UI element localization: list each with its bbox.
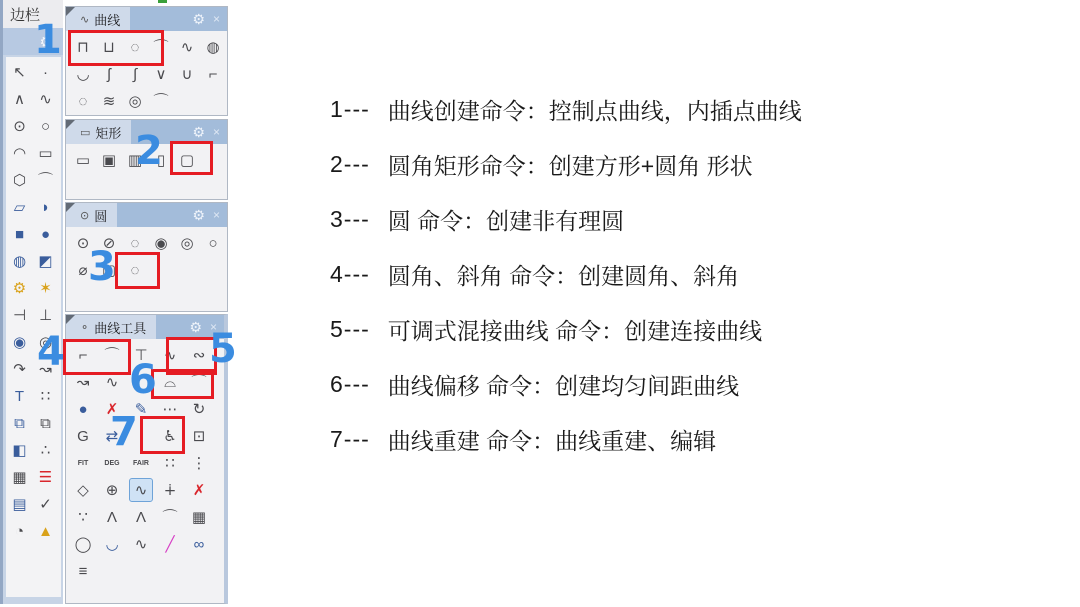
glyph: ∨ (156, 67, 167, 82)
glyph: ⊙ (13, 119, 26, 134)
highlight-box-7 (140, 416, 185, 454)
annotation-number-2: 2 (135, 131, 163, 171)
glyph: ∿ (106, 375, 119, 390)
linear-array-icon[interactable]: ☰ (34, 465, 58, 489)
glyph: ◉ (154, 236, 167, 251)
copy-objects-icon[interactable]: ⧉ (34, 411, 58, 435)
glyph: ☰ (39, 470, 52, 485)
annotation-number-1: 1 (34, 20, 62, 60)
surface-from-points-icon[interactable]: ▱ (8, 195, 32, 219)
boolean-union-icon[interactable]: ◉ (8, 330, 32, 354)
glyph: ↖ (13, 65, 26, 80)
arc-icon[interactable]: ◠ (8, 141, 32, 165)
glyph: ⊕ (106, 483, 119, 498)
glyph: Λ (107, 510, 117, 525)
glyph: ● (41, 227, 50, 242)
curve-deviation-icon[interactable]: ≡ (71, 559, 95, 583)
empty-slot (100, 559, 124, 583)
select-pointer-icon[interactable]: ↖ (8, 60, 32, 84)
text-object-icon[interactable]: T (8, 384, 32, 408)
glyph: ● (78, 402, 87, 417)
sketch-curve-pair-icon[interactable]: ∿ (175, 35, 199, 59)
glyph: ▦ (192, 510, 206, 525)
empty-slot (175, 89, 199, 113)
curve-network-icon[interactable]: ▦ (187, 505, 211, 529)
glyph: T (15, 389, 24, 404)
glyph: ◡ (76, 67, 89, 82)
glyph: ○ (41, 119, 50, 134)
glyph: ▱ (14, 200, 26, 215)
glyph: ◡ (105, 537, 118, 552)
empty-slot (175, 258, 199, 282)
glyph: ⊣ (13, 308, 26, 323)
curve-edit-tools-icon[interactable]: ∿ (129, 478, 153, 502)
legend-text: 曲线重建 命令：曲线重建、编辑 (388, 423, 716, 456)
circle-tab-icon: ⊙ (80, 209, 89, 222)
glyph: ⌐ (209, 67, 218, 82)
highlight-box-1 (68, 30, 164, 66)
glyph: ≡ (79, 564, 88, 579)
glyph: ∔ (164, 483, 177, 498)
smooth-curve-icon[interactable]: ● (71, 397, 95, 421)
close-icon[interactable]: × (213, 12, 220, 26)
polygon-icon[interactable]: ⬡ (8, 168, 32, 192)
insert-control-point-icon[interactable]: ∔ (158, 478, 182, 502)
legend-text: 可调式混接曲线 命令：创建连接曲线 (388, 313, 762, 346)
panel-title: 矩形 (95, 123, 121, 142)
sidebar-panel: 边栏 ⚙ ↖·∧∿⊙○◠▭⬡⌒▱◗■●◍◩⚙✶⊣⊥◉◎↷↝T∷⧉⧉◧∴▦☰▤✓◔… (0, 0, 63, 604)
insert-knot-icon[interactable]: ⋮ (187, 451, 211, 475)
glyph: ╱ (165, 537, 174, 552)
glyph: ⋮ (192, 456, 207, 471)
empty-slot (158, 559, 182, 583)
faint-arc-pair-icon[interactable]: ⌒ (158, 505, 182, 529)
gears-icon[interactable]: ⚙ (8, 276, 32, 300)
glyph: ⬡ (13, 173, 26, 188)
panel-curve-tools-tab[interactable]: ⚬ 曲线工具 (66, 315, 156, 339)
glyph: ▦ (12, 470, 26, 485)
legend-line-2: 2---圆角矩形命令：创建方形+圆角 形状 (330, 137, 890, 192)
sketch-dashed-curve-icon[interactable]: ◌ (71, 89, 95, 113)
empty-slot (201, 258, 225, 282)
polyline-icon[interactable]: ∧ (8, 87, 32, 111)
glyph: ∴ (41, 443, 51, 458)
panel-rectangle-tab[interactable]: ▭ 矩形 (66, 120, 131, 144)
legend-number: 4--- (330, 261, 370, 288)
legend-line-4: 4---圆角、斜角 命令：创建圆角、斜角 (330, 247, 890, 302)
block-instance-icon[interactable]: ⧉ (8, 411, 32, 435)
glyph: ⧉ (14, 416, 25, 431)
glyph: ▣ (102, 153, 116, 168)
ellipse-icon[interactable]: ○ (34, 114, 58, 138)
extract-wireframe-icon[interactable]: ╱ (158, 532, 182, 556)
glyph: ⋯ (163, 402, 178, 417)
kink-curve-icon[interactable]: Λ (100, 505, 124, 529)
single-point-icon[interactable]: · (34, 60, 58, 84)
glyph: ○ (208, 236, 217, 251)
circle-fit-points-icon[interactable]: ◎ (175, 231, 199, 255)
glyph: ◎ (180, 236, 193, 251)
glyph: ◯ (75, 537, 92, 552)
surface-patch-icon[interactable]: ◩ (34, 249, 58, 273)
glyph: ◗ (41, 200, 50, 215)
periodic-curve-icon[interactable]: ◍ (201, 35, 225, 59)
cylinder-icon[interactable]: ◍ (8, 249, 32, 273)
distribute-points-icon[interactable]: ∴ (34, 438, 58, 462)
curved-surface-icon[interactable]: ◗ (34, 195, 58, 219)
legend-number: 7--- (330, 426, 370, 453)
gear-icon[interactable]: ⚙ (192, 124, 205, 141)
glyph: ⊥ (39, 308, 52, 323)
glyph: ʃ (107, 67, 110, 82)
legend-text: 圆角矩形命令：创建方形+圆角 形状 (388, 148, 753, 181)
legend-line-5: 5---可调式混接曲线 命令：创建连接曲线 (330, 302, 890, 357)
panel-title: 曲线工具 (94, 318, 146, 337)
glyph: ↻ (193, 402, 206, 417)
sidebar-body: ↖·∧∿⊙○◠▭⬡⌒▱◗■●◍◩⚙✶⊣⊥◉◎↷↝T∷⧉⧉◧∴▦☰▤✓◔▲ (6, 57, 61, 597)
legend-number: 6--- (330, 371, 370, 398)
close-icon[interactable]: × (213, 125, 220, 139)
glyph: ⧉ (40, 416, 51, 431)
glyph: G (77, 429, 89, 444)
control-points-on-icon[interactable]: ∷ (158, 451, 182, 475)
glyph: ∫ (133, 67, 137, 82)
closed-blob-curve-icon[interactable]: ◯ (71, 532, 95, 556)
check-mark-icon[interactable]: ✓ (34, 492, 58, 516)
glyph: · (43, 65, 48, 80)
legend-text: 圆角、斜角 命令：创建圆角、斜角 (388, 258, 739, 291)
glyph: ⌒ (162, 510, 177, 525)
curve-tools-tab-icon: ⚬ (80, 321, 89, 334)
empty-slot (187, 559, 211, 583)
glyph: ■ (15, 227, 24, 242)
glyph: ◌ (131, 236, 140, 251)
sketch-squiggle-icon[interactable]: ∿ (129, 532, 153, 556)
highlight-box-2 (170, 141, 213, 175)
refit-curve-icon[interactable]: ⊡ (187, 424, 211, 448)
gear-icon[interactable]: ⚙ (192, 11, 205, 28)
sphere-icon[interactable]: ● (34, 222, 58, 246)
legend-line-3: 3---圆 命令：创建非有理圆 (330, 192, 890, 247)
legend-number: 1--- (330, 96, 370, 123)
legend-number: 2--- (330, 151, 370, 178)
arc-waves-icon[interactable]: ≋ (97, 89, 121, 113)
glyph: ≋ (103, 94, 116, 109)
annotation-number-5: 5 (209, 329, 237, 369)
glyph: ◌ (79, 94, 88, 109)
glyph: ∿ (135, 483, 148, 498)
legend-line-7: 7---曲线重建 命令：曲线重建、编辑 (330, 412, 890, 467)
explode-icon[interactable]: ✶ (34, 276, 58, 300)
legend-line-1: 1---曲线创建命令：控制点曲线，内插点曲线 (330, 82, 890, 137)
glyph: ▭ (76, 153, 90, 168)
panel-curves-tab[interactable]: ∿ 曲线 (66, 7, 130, 31)
kink-curve-2-icon[interactable]: Λ (129, 505, 153, 529)
box-icon[interactable]: ■ (8, 222, 32, 246)
extrude-solid-icon[interactable]: ◧ (8, 438, 32, 462)
close-icon[interactable]: × (213, 208, 220, 222)
glyph: ◇ (77, 483, 89, 498)
glyph: ⌀ (78, 263, 87, 278)
empty-slot (201, 89, 225, 113)
paste-clipboard-icon[interactable]: ▤ (8, 492, 32, 516)
glyph: ◔ (15, 524, 24, 539)
glyph: ∷ (165, 456, 175, 471)
glyph: ◎ (128, 94, 141, 109)
glyph: ⚙ (13, 281, 26, 296)
close-open-curve-icon[interactable]: ↻ (187, 397, 211, 421)
glyph: ∷ (41, 389, 51, 404)
nudge-point-icon[interactable]: ∵ (71, 505, 95, 529)
highlight-box-4 (63, 339, 131, 375)
glyph: ✓ (39, 497, 52, 512)
gear-icon[interactable]: ⚙ (189, 319, 202, 336)
rectangle-icon[interactable]: ▭ (34, 141, 58, 165)
highlight-box-6 (151, 369, 214, 399)
curve-tab-icon: ∿ (80, 13, 89, 26)
glyph: FAIR (133, 460, 149, 467)
rectangle-center-icon[interactable]: ▣ (97, 148, 121, 172)
rectangle-corner-icon[interactable]: ▭ (71, 148, 95, 172)
glyph: ◧ (12, 443, 26, 458)
glyph: ▭ (38, 146, 52, 161)
empty-slot (129, 559, 153, 583)
annotation-number-4: 4 (37, 332, 65, 372)
legend-line-6: 6---曲线偏移 命令：创建均匀间距曲线 (330, 357, 890, 412)
glyph: ↝ (77, 375, 90, 390)
sidebar-icon-grid: ↖·∧∿⊙○◠▭⬡⌒▱◗■●◍◩⚙✶⊣⊥◉◎↷↝T∷⧉⧉◧∴▦☰▤✓◔▲ (6, 57, 61, 546)
glyph: ∧ (14, 92, 25, 107)
glyph: ▲ (38, 524, 53, 539)
curvature-analysis-icon[interactable]: ∞ (187, 532, 211, 556)
glyph: ▤ (12, 497, 26, 512)
legend-number: 3--- (330, 206, 370, 233)
highlight-box-3 (115, 252, 160, 289)
glyph: ⊡ (193, 429, 206, 444)
glyph: ∵ (78, 510, 88, 525)
make-periodic-icon[interactable]: G (71, 424, 95, 448)
panel-title: 曲线 (94, 10, 120, 29)
screenshot-stage: 边栏 ⚙ ↖·∧∿⊙○◠▭⬡⌒▱◗■●◍◩⚙✶⊣⊥◉◎↷↝T∷⧉⧉◧∴▦☰▤✓◔… (0, 0, 1080, 607)
legend-text: 曲线偏移 命令：创建均匀间距曲线 (388, 368, 739, 401)
panel-curve-tools-titlebar[interactable]: ⚬ 曲线工具 ⚙ × (66, 315, 224, 339)
glyph: ∿ (135, 537, 148, 552)
handlebar-editor-icon[interactable]: ◇ (71, 478, 95, 502)
panel-circle-titlebar[interactable]: ⊙ 圆 ⚙ × (66, 203, 227, 227)
glyph: ✶ (39, 281, 52, 296)
move-with-handles-icon[interactable]: ⊕ (100, 478, 124, 502)
control-point-curve-icon[interactable]: ∿ (34, 87, 58, 111)
split-icon[interactable]: ⊥ (34, 303, 58, 327)
glyph: ⌒ (38, 173, 53, 188)
glyph: DEG (104, 460, 119, 467)
corner-curve-icon[interactable]: ⌐ (201, 62, 225, 86)
glyph: ∪ (182, 67, 193, 82)
fit-curve-icon[interactable]: FIT (71, 451, 95, 475)
adjust-curve-blend-icon[interactable]: ↷ (8, 357, 32, 381)
glyph: ◠ (13, 146, 26, 161)
legend-text: 曲线创建命令：控制点曲线，内插点曲线 (388, 93, 802, 126)
rectangular-array-icon[interactable]: ▦ (8, 465, 32, 489)
glyph: ◍ (13, 254, 26, 269)
parabola-focus-icon[interactable]: ∪ (175, 62, 199, 86)
mesh-objects-icon[interactable]: ◔ (8, 519, 32, 543)
glyph: ⌒ (153, 94, 168, 109)
faint-arcs-icon[interactable]: ⌒ (149, 89, 173, 113)
pyramid-icon[interactable]: ▲ (34, 519, 58, 543)
glyph: ◉ (13, 335, 26, 350)
concentric-circles-icon[interactable]: ◎ (123, 89, 147, 113)
point-grid-icon[interactable]: ∷ (34, 384, 58, 408)
glyph: ✗ (193, 483, 206, 498)
glyph: ◩ (38, 254, 52, 269)
curve-on-surface-icon[interactable]: ◡ (100, 532, 124, 556)
annotation-number-7: 7 (110, 412, 138, 452)
legend-text: 圆 命令：创建非有理圆 (388, 203, 624, 236)
rectangle-tab-icon: ▭ (80, 126, 90, 139)
glyph: ◍ (206, 40, 219, 55)
glyph: ↷ (13, 362, 26, 377)
glyph: ∿ (39, 92, 52, 107)
circle-center-radius-icon[interactable]: ⊙ (8, 114, 32, 138)
legend-number: 5--- (330, 316, 370, 343)
glyph: ∿ (181, 40, 194, 55)
circle-plain-icon[interactable]: ○ (201, 231, 225, 255)
viewport-green-tick (158, 0, 167, 3)
legend: 1---曲线创建命令：控制点曲线，内插点曲线2---圆角矩形命令：创建方形+圆角… (330, 82, 890, 467)
annotation-number-3: 3 (88, 247, 116, 287)
curve-fillet-icon[interactable]: ⌒ (34, 168, 58, 192)
trim-icon[interactable]: ⊣ (8, 303, 32, 327)
glyph: Λ (136, 510, 146, 525)
panel-title: 圆 (94, 206, 107, 225)
remove-control-point-icon[interactable]: ✗ (187, 478, 211, 502)
panel-curves-titlebar[interactable]: ∿ 曲线 ⚙ × (66, 7, 227, 31)
annotation-number-6: 6 (129, 360, 157, 400)
glyph: ∞ (194, 537, 205, 552)
panel-circle-tab[interactable]: ⊙ 圆 (66, 203, 117, 227)
gear-icon[interactable]: ⚙ (192, 207, 205, 224)
glyph: FIT (78, 460, 89, 467)
